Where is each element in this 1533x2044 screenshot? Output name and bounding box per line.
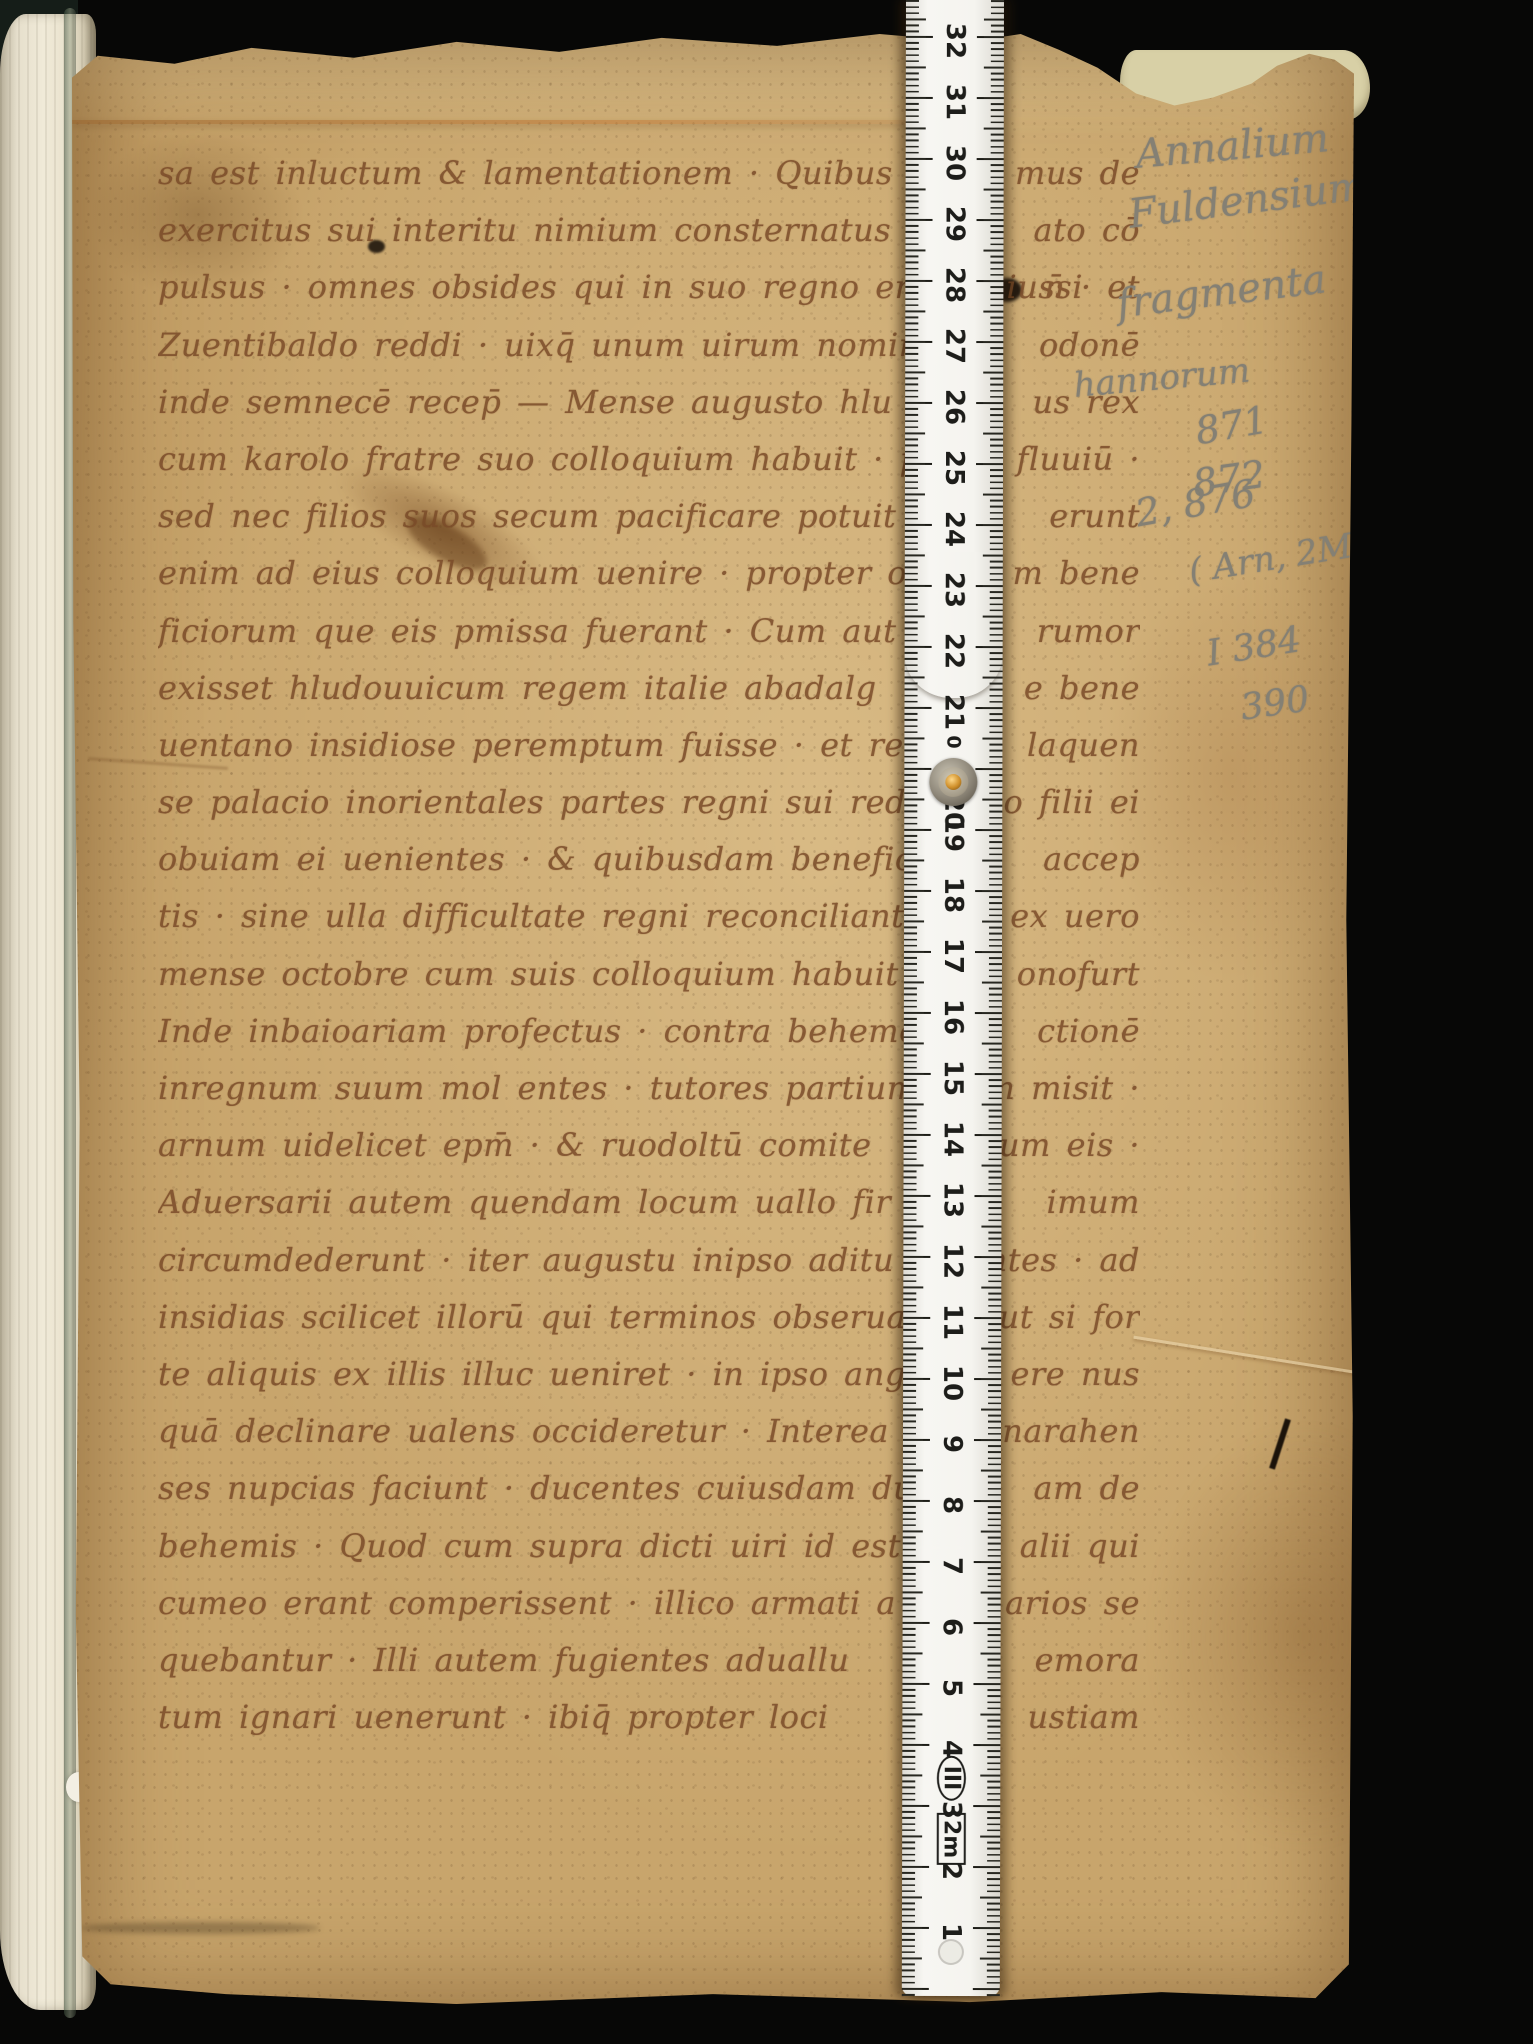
manuscript-line-left: cumeo erant comperissent · illico armati… — [158, 1584, 896, 1622]
manuscript-line-left: obuiam ei uenientes · & quibusdam benefi… — [158, 840, 952, 878]
manuscript-line-left: te aliquis ex illis illuc ueniret · in i… — [158, 1355, 957, 1393]
pencil-annotation: I 384 — [1204, 619, 1304, 674]
manuscript-line-right: rumor — [1037, 612, 1140, 650]
manuscript-line-left: inde semnecē recep̄ — Mense augusto hlu — [158, 383, 892, 421]
manuscript-line-left: cum karolo fratre suo colloquium habuit … — [158, 440, 961, 478]
manuscript-line-right: cum eis · — [981, 1126, 1140, 1164]
ruler-rivet — [929, 758, 977, 806]
manuscript-line-right: accep — [1043, 840, 1140, 878]
ruler-cm-number: 26 — [939, 389, 969, 425]
manuscript-line-left: behemis · Quod cum supra dicti uiri id e… — [158, 1527, 936, 1565]
manuscript-line-right: fluuiū · — [1017, 440, 1140, 478]
manuscript-line-right: ntes · ad — [987, 1241, 1140, 1279]
manuscript-line-right: ustiam — [1027, 1698, 1140, 1736]
ruler-cm-number: 23 — [939, 572, 969, 608]
ruler-cm-number: 13 — [937, 1182, 967, 1218]
ruler-2m-badge: 2m — [936, 1813, 965, 1865]
ruler-cm-number: 25 — [939, 450, 969, 486]
manuscript-line-right: odonē — [1039, 326, 1140, 364]
manuscript-line-right: ex uero — [1010, 897, 1140, 935]
manuscript-line-left: sa est inluctum & lamentationem · Quibus… — [158, 154, 994, 192]
ruler-cm-number: 9 — [937, 1435, 967, 1453]
ruler-end-hole — [938, 1939, 964, 1965]
manuscript-line-left: exisset hludouuicum regem italie abadalg — [158, 669, 877, 707]
ruler-cm-number: 12 — [937, 1243, 967, 1279]
manuscript-line-left: arnum uidelicet epm̄ · & ruodoltū comite — [158, 1126, 872, 1164]
ruler-cm-number: 8 — [937, 1496, 967, 1514]
manuscript-line-left: tis · sine ulla difficultate regni recon… — [158, 897, 904, 935]
ruler-cm-number: 30 — [940, 145, 970, 181]
pencil-annotation: Annalium — [1134, 115, 1331, 178]
pencil-annotation: ( Arn, 2M — [1186, 526, 1355, 591]
manuscript-line-right: emora — [1035, 1641, 1140, 1679]
ruler-cm-number: 7 — [937, 1557, 967, 1575]
manuscript-line-right: o filii ei — [1003, 783, 1140, 821]
parchment-leaf: sa est inluctum & lamentationem · Quibus… — [72, 26, 1354, 2012]
top-crease — [72, 120, 977, 124]
manuscript-line-right: onofurt — [1017, 955, 1140, 993]
ruler-cm-number: 14 — [938, 1121, 968, 1157]
manuscript-line-left: Zuentibaldo reddi · uixq̄ unum uirum nom… — [158, 326, 939, 364]
ruler-cm-number: 28 — [939, 267, 969, 303]
manuscript-line-left: insidias scilicet illorū qui terminos ob… — [158, 1298, 906, 1336]
folding-ruler: 1234567891011121314151617181920212223242… — [902, 0, 1004, 1996]
manuscript-line-right: am de — [1033, 1469, 1140, 1507]
manuscript-line-left: quā declinare ualens occideretur · Inter… — [158, 1412, 922, 1450]
manuscript-line-right: m misit · — [985, 1069, 1140, 1107]
ruler-cm-number: 21 — [938, 694, 968, 730]
manuscript-line-right: m bene — [1013, 554, 1140, 592]
manuscript-line-left: enim ad eius colloquium uenire · propter… — [158, 554, 939, 592]
dark-scratch — [1269, 1418, 1291, 1469]
manuscript-line-right: narahen — [1002, 1412, 1140, 1450]
manuscript-line-left: Inde inbaioariam profectus · contra behe… — [158, 1012, 919, 1050]
manuscript-line-right: ere nus — [1011, 1355, 1140, 1393]
manuscript-line-right: e bene — [1024, 669, 1140, 707]
ruler-class-badge: III — [937, 1756, 966, 1801]
pencil-annotation: 871 — [1192, 397, 1271, 453]
manuscript-line-left: mense octobre cum suis colloquium habuit… — [158, 955, 973, 993]
ruler-cm-number: 32 — [940, 23, 970, 59]
ruler-cm-number: 10 — [937, 1365, 967, 1401]
manuscript-line-left: tum ignari uenerunt · ibiq̄ propter loci — [158, 1698, 829, 1736]
manuscript-line-left: circumdederunt · iter augustu inipso adi… — [158, 1241, 894, 1279]
pencil-annotation: 390 — [1238, 678, 1312, 728]
pencil-annotation: fragmenta — [1114, 256, 1329, 327]
manuscript-line-right: arios se — [1005, 1584, 1140, 1622]
smear-bottom-left — [80, 1922, 320, 1934]
manuscript-line-left: ses nupcias faciunt · ducentes cuiusdam … — [158, 1469, 933, 1507]
manuscript-line-left: Aduersarii autem quendam locum uallo fir — [158, 1183, 891, 1221]
manuscript-line-right: alii qui — [1020, 1527, 1140, 1565]
manuscript-line-right: ut si for — [999, 1298, 1140, 1336]
manuscript-line-right: imum — [1046, 1183, 1140, 1221]
manuscript-line-right: mus de — [1015, 154, 1140, 192]
manuscript-line-left: ficiorum que eis pmissa fuerant · Cum au… — [158, 612, 896, 650]
ruler-cm-number: 18 — [938, 877, 968, 913]
manuscript-line-right: erunt — [1049, 497, 1140, 535]
ruler-rivet-core — [945, 774, 961, 790]
ruler-joint-zero: 0 — [942, 735, 964, 748]
ruler-cm-number: 11 — [937, 1304, 967, 1340]
manuscript-line-left: uentano insidiose peremptum fuisse · et … — [158, 726, 922, 764]
ruler-cm-number: 16 — [938, 999, 968, 1035]
manuscript-line-right: laquen — [1027, 726, 1140, 764]
ruler-cm-number: 27 — [939, 328, 969, 364]
manuscript-line-left: sed nec filios suos secum pacificare pot… — [158, 497, 923, 535]
ruler-cm-number: 5 — [936, 1679, 966, 1697]
ruler-cm-number: 24 — [939, 511, 969, 547]
ruler-cm-number: 31 — [940, 84, 970, 120]
manuscript-line-left: exercitus sui interitu nimium consternat… — [158, 211, 983, 249]
manuscript-line-left: quebantur · Illi autem fugientes aduallu — [158, 1641, 849, 1679]
ruler-cm-number: 29 — [939, 206, 969, 242]
ruler-cm-number: 22 — [939, 633, 969, 669]
pencil-annotation: 2, 876 — [1132, 471, 1259, 535]
manuscript-line-left: inregnum suum mol entes · tutores partiu… — [158, 1069, 918, 1107]
manuscript-line-right: ato cō — [1033, 211, 1140, 249]
photo-of-manuscript-page: sa est inluctum & lamentationem · Quibus… — [0, 0, 1533, 2044]
manuscript-line-left: se palacio inorientales partes regni sui… — [158, 783, 952, 821]
crease-right — [1133, 1336, 1390, 1380]
ruler-cm-number: 17 — [938, 938, 968, 974]
water-stain-bottom-right — [1152, 1426, 1452, 1846]
ruler-cm-number: 15 — [938, 1060, 968, 1096]
manuscript-line-right: ctionē — [1037, 1012, 1140, 1050]
ruler-cm-number: 6 — [937, 1618, 967, 1636]
